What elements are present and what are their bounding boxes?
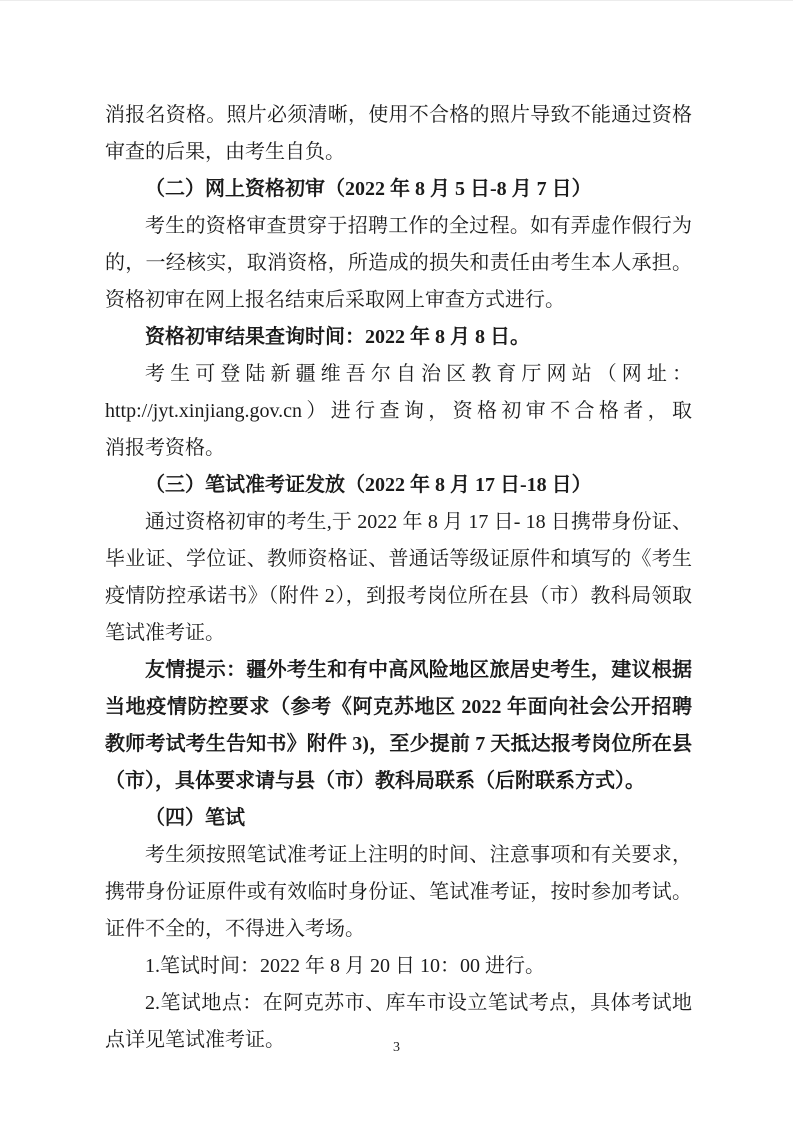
text-line: 教师考试考生告知书》附件 3)，至少提前 7 天抵达报考岗位所在县 bbox=[105, 726, 692, 763]
paragraph: 考生的资格审查贯穿于招聘工作的全过程。如有弄虚作假行为的，一经核实，取消资格，所… bbox=[105, 208, 692, 319]
text-line: 资格初审在网上报名结束后采取网上审查方式进行。 bbox=[105, 282, 692, 319]
text-line: （四）笔试 bbox=[105, 800, 692, 837]
text-line: 消报考资格。 bbox=[105, 430, 692, 467]
paragraph: （四）笔试 bbox=[105, 800, 692, 837]
text-line: （三）笔试准考证发放（2022 年 8 月 17 日-18 日） bbox=[105, 467, 692, 504]
text-line: http://jyt.xinjiang.gov.cn）进行查询，资格初审不合格者… bbox=[105, 393, 692, 430]
paragraph: 资格初审结果查询时间：2022 年 8 月 8 日。 bbox=[105, 319, 692, 356]
text-line: 通过资格初审的考生,于 2022 年 8 月 17 日- 18 日携带身份证、 bbox=[105, 504, 692, 541]
paragraph: 通过资格初审的考生,于 2022 年 8 月 17 日- 18 日携带身份证、毕… bbox=[105, 504, 692, 652]
paragraph: 友情提示：疆外考生和有中高风险地区旅居史考生，建议根据当地疫情防控要求（参考《阿… bbox=[105, 652, 692, 800]
text-line: 的，一经核实，取消资格，所造成的损失和责任由考生本人承担。 bbox=[105, 245, 692, 282]
text-line: 消报名资格。照片必须清晰，使用不合格的照片导致不能通过资格 bbox=[105, 97, 692, 134]
text-line: 考生须按照笔试准考证上注明的时间、注意事项和有关要求， bbox=[105, 837, 692, 874]
paragraph: 考生可登陆新疆维吾尔自治区教育厅网站（网址：http://jyt.xinjian… bbox=[105, 356, 692, 467]
text-line: 1.笔试时间：2022 年 8 月 20 日 10：00 进行。 bbox=[105, 948, 692, 985]
text-line: 审查的后果，由考生自负。 bbox=[105, 134, 692, 171]
paragraph: 消报名资格。照片必须清晰，使用不合格的照片导致不能通过资格审查的后果，由考生自负… bbox=[105, 97, 692, 171]
text-line: 携带身份证原件或有效临时身份证、笔试准考证，按时参加考试。 bbox=[105, 874, 692, 911]
text-line: 证件不全的，不得进入考场。 bbox=[105, 911, 692, 948]
paragraph: （三）笔试准考证发放（2022 年 8 月 17 日-18 日） bbox=[105, 467, 692, 504]
text-line: 2.笔试地点：在阿克苏市、库车市设立笔试考点，具体考试地 bbox=[105, 985, 692, 1022]
document-body: 消报名资格。照片必须清晰，使用不合格的照片导致不能通过资格审查的后果，由考生自负… bbox=[105, 97, 692, 1059]
text-line: （二）网上资格初审（2022 年 8 月 5 日-8 月 7 日） bbox=[105, 171, 692, 208]
text-line: 当地疫情防控要求（参考《阿克苏地区 2022 年面向社会公开招聘 bbox=[105, 689, 692, 726]
text-line: 友情提示：疆外考生和有中高风险地区旅居史考生，建议根据 bbox=[105, 652, 692, 689]
paragraph: （二）网上资格初审（2022 年 8 月 5 日-8 月 7 日） bbox=[105, 171, 692, 208]
text-line: 考生的资格审查贯穿于招聘工作的全过程。如有弄虚作假行为 bbox=[105, 208, 692, 245]
text-line: 资格初审结果查询时间：2022 年 8 月 8 日。 bbox=[105, 319, 692, 356]
text-line: 笔试准考证。 bbox=[105, 615, 692, 652]
text-line: 毕业证、学位证、教师资格证、普通话等级证原件和填写的《考生 bbox=[105, 541, 692, 578]
page-number: 3 bbox=[0, 1039, 793, 1057]
text-line: 疫情防控承诺书》（附件 2），到报考岗位所在县（市）教科局领取 bbox=[105, 578, 692, 615]
text-line: 考生可登陆新疆维吾尔自治区教育厅网站（网址： bbox=[105, 356, 692, 393]
paragraph: 1.笔试时间：2022 年 8 月 20 日 10：00 进行。 bbox=[105, 948, 692, 985]
paragraph: 考生须按照笔试准考证上注明的时间、注意事项和有关要求，携带身份证原件或有效临时身… bbox=[105, 837, 692, 948]
text-line: （市），具体要求请与县（市）教科局联系（后附联系方式）。 bbox=[105, 763, 692, 800]
document-page: 消报名资格。照片必须清晰，使用不合格的照片导致不能通过资格审查的后果，由考生自负… bbox=[0, 0, 793, 1122]
